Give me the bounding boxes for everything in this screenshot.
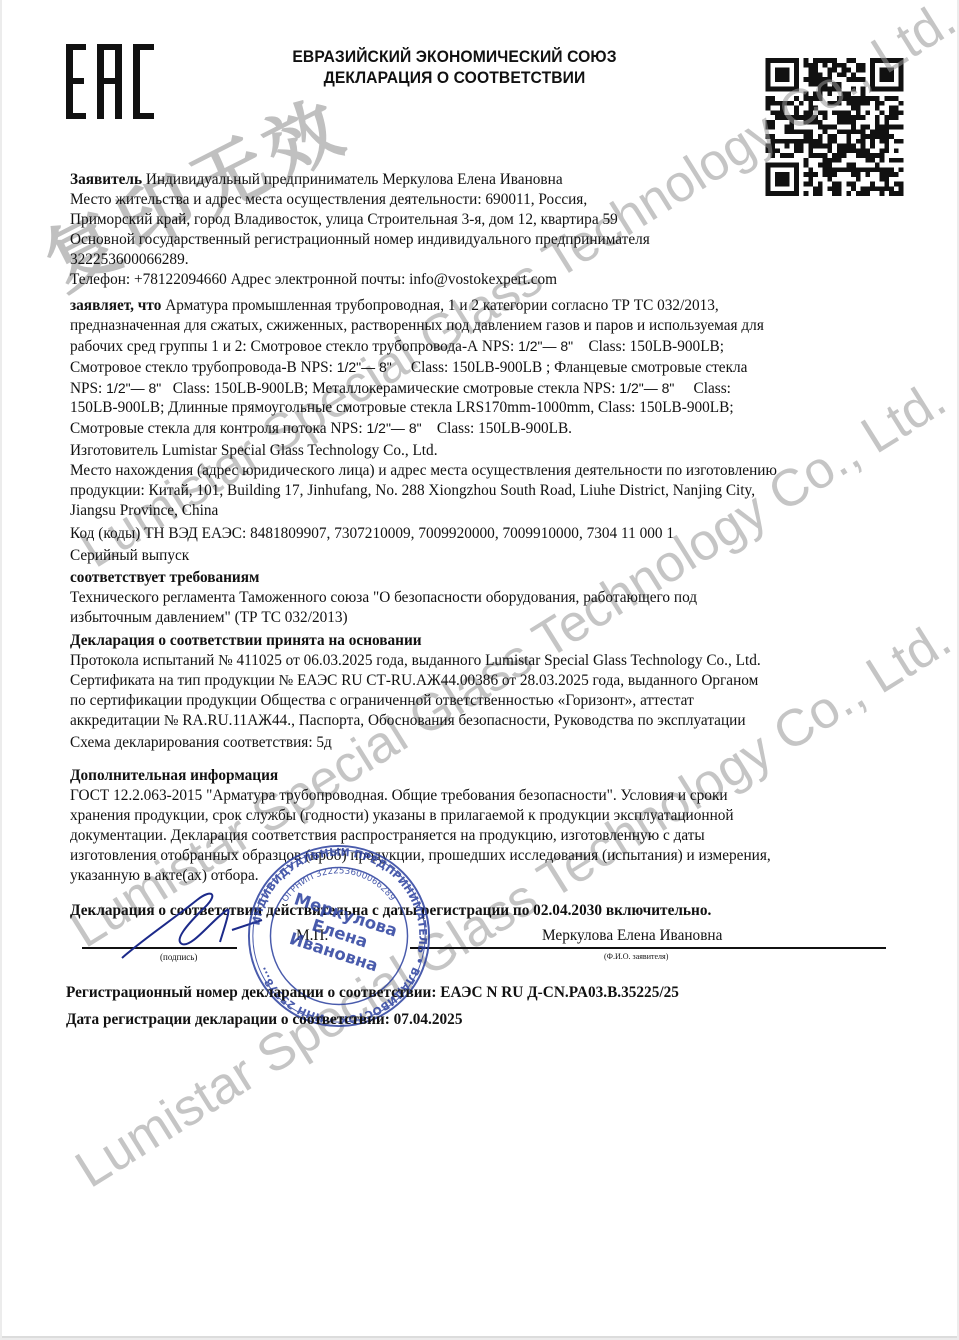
basis-text: по сертификации продукции Общества с огр… <box>70 691 694 711</box>
declares-label: заявляет, что <box>70 297 161 314</box>
name-line <box>410 947 886 949</box>
basis-text: Протокола испытаний № 411025 от 06.03.20… <box>70 651 761 671</box>
product-text: Смотровые стекла для контроля потока NPS… <box>70 420 367 437</box>
basis-text: аккредитации № RA.RU.11АЖ44., Паспорта, … <box>70 711 746 731</box>
applicant-address: Приморский край, город Владивосток, улиц… <box>70 210 618 230</box>
additional-info-text: хранения продукции, срок службы (годност… <box>70 806 734 826</box>
nps-range: 1/2"— 8" <box>106 380 161 396</box>
ogrnip-value: 322253600066289. <box>70 250 189 270</box>
product-text: Class: 150LB-900LB; Металлокерамические … <box>173 380 620 397</box>
manufacturer: Изготовитель Lumistar Special Glass Tech… <box>70 441 438 461</box>
signer-name: Меркулова Елена Ивановна <box>542 926 722 946</box>
nps-range: 1/2"— 8" <box>619 380 674 396</box>
product-text: рабочих сред группы 1 и 2: Смотровое сте… <box>70 338 518 355</box>
product-text: Смотровое стекло трубопровода-В NPS: <box>70 359 337 376</box>
class-range: Class: 150LB-900LB; <box>588 338 724 355</box>
registration-number: Регистрационный номер декларации о соотв… <box>66 983 679 1003</box>
class-range: Class: 150LB-900LB <box>411 359 542 376</box>
tn-ved-codes: Код (коды) ТН ВЭД ЕАЭС: 8481809907, 7307… <box>70 524 674 544</box>
nps-range: 1/2"— 8" <box>518 338 573 354</box>
manufacturer-location: Место нахождения (адрес юридического лиц… <box>70 461 777 481</box>
conformity-label: соответствует требованиям <box>70 568 259 588</box>
class-label: Class: <box>694 380 731 397</box>
nps-range: 1/2"— 8" <box>367 420 422 436</box>
conformity-text: Технического регламента Таможенного союз… <box>70 588 697 608</box>
document-title: ДЕКЛАРАЦИЯ О СООТВЕТСТВИИ <box>215 68 695 89</box>
declaration-page: ЕВРАЗИЙСКИЙ ЭКОНОМИЧЕСКИЙ СОЮЗ ДЕКЛАРАЦИ… <box>2 0 957 1338</box>
release-type: Серийный выпуск <box>70 546 189 566</box>
additional-info-label: Дополнительная информация <box>70 766 278 786</box>
basis-label: Декларация о соответствии принята на осн… <box>70 631 422 651</box>
product-text: 150LB-900LB; Длинные прямоугольные смотр… <box>70 398 734 418</box>
manufacturer-location: продукции: Китай, 101, Building 17, Jinh… <box>70 481 755 501</box>
basis-text: Сертификата на тип продукции № ЕАЭС RU С… <box>70 671 758 691</box>
document-header: ЕВРАЗИЙСКИЙ ЭКОНОМИЧЕСКИЙ СОЮЗ ДЕКЛАРАЦИ… <box>215 47 695 89</box>
applicant-label: Заявитель <box>70 171 142 188</box>
additional-info-text: ГОСТ 12.2.063-2015 "Арматура трубопровод… <box>70 786 728 806</box>
product-text: ; Фланцевые смотровые стекла <box>542 359 747 376</box>
product-text: предназначенная для сжатых, сжиженных, р… <box>70 316 764 336</box>
union-title: ЕВРАЗИЙСКИЙ ЭКОНОМИЧЕСКИЙ СОЮЗ <box>215 47 695 68</box>
name-caption: (Ф.И.О. заявителя) <box>604 952 668 961</box>
eac-logo-icon <box>66 44 154 119</box>
nps-range: 1/2"— 8" <box>337 359 392 375</box>
ogrnip-label: Основной государственный регистрационный… <box>70 230 650 250</box>
qr-code-icon[interactable] <box>764 58 905 196</box>
registration-date: Дата регистрации декларации о соответств… <box>66 1010 462 1030</box>
manufacturer-location: Jiangsu Province, China <box>70 501 218 521</box>
applicant-name: Индивидуальный предприниматель Меркулова… <box>142 171 563 188</box>
applicant-contacts: Телефон: +78122094660 Адрес электронной … <box>70 270 557 290</box>
product-text: NPS: <box>70 380 106 397</box>
conformity-text: избыточным давлением" (ТР ТС 032/2013) <box>70 608 348 628</box>
class-range: Class: 150LB-900LB. <box>437 420 572 437</box>
product-text: Арматура промышленная трубопроводная, 1 … <box>161 297 718 314</box>
applicant-address: Место жительства и адрес места осуществл… <box>70 190 587 210</box>
declaration-scheme: Схема декларирования соответствия: 5д <box>70 733 332 753</box>
